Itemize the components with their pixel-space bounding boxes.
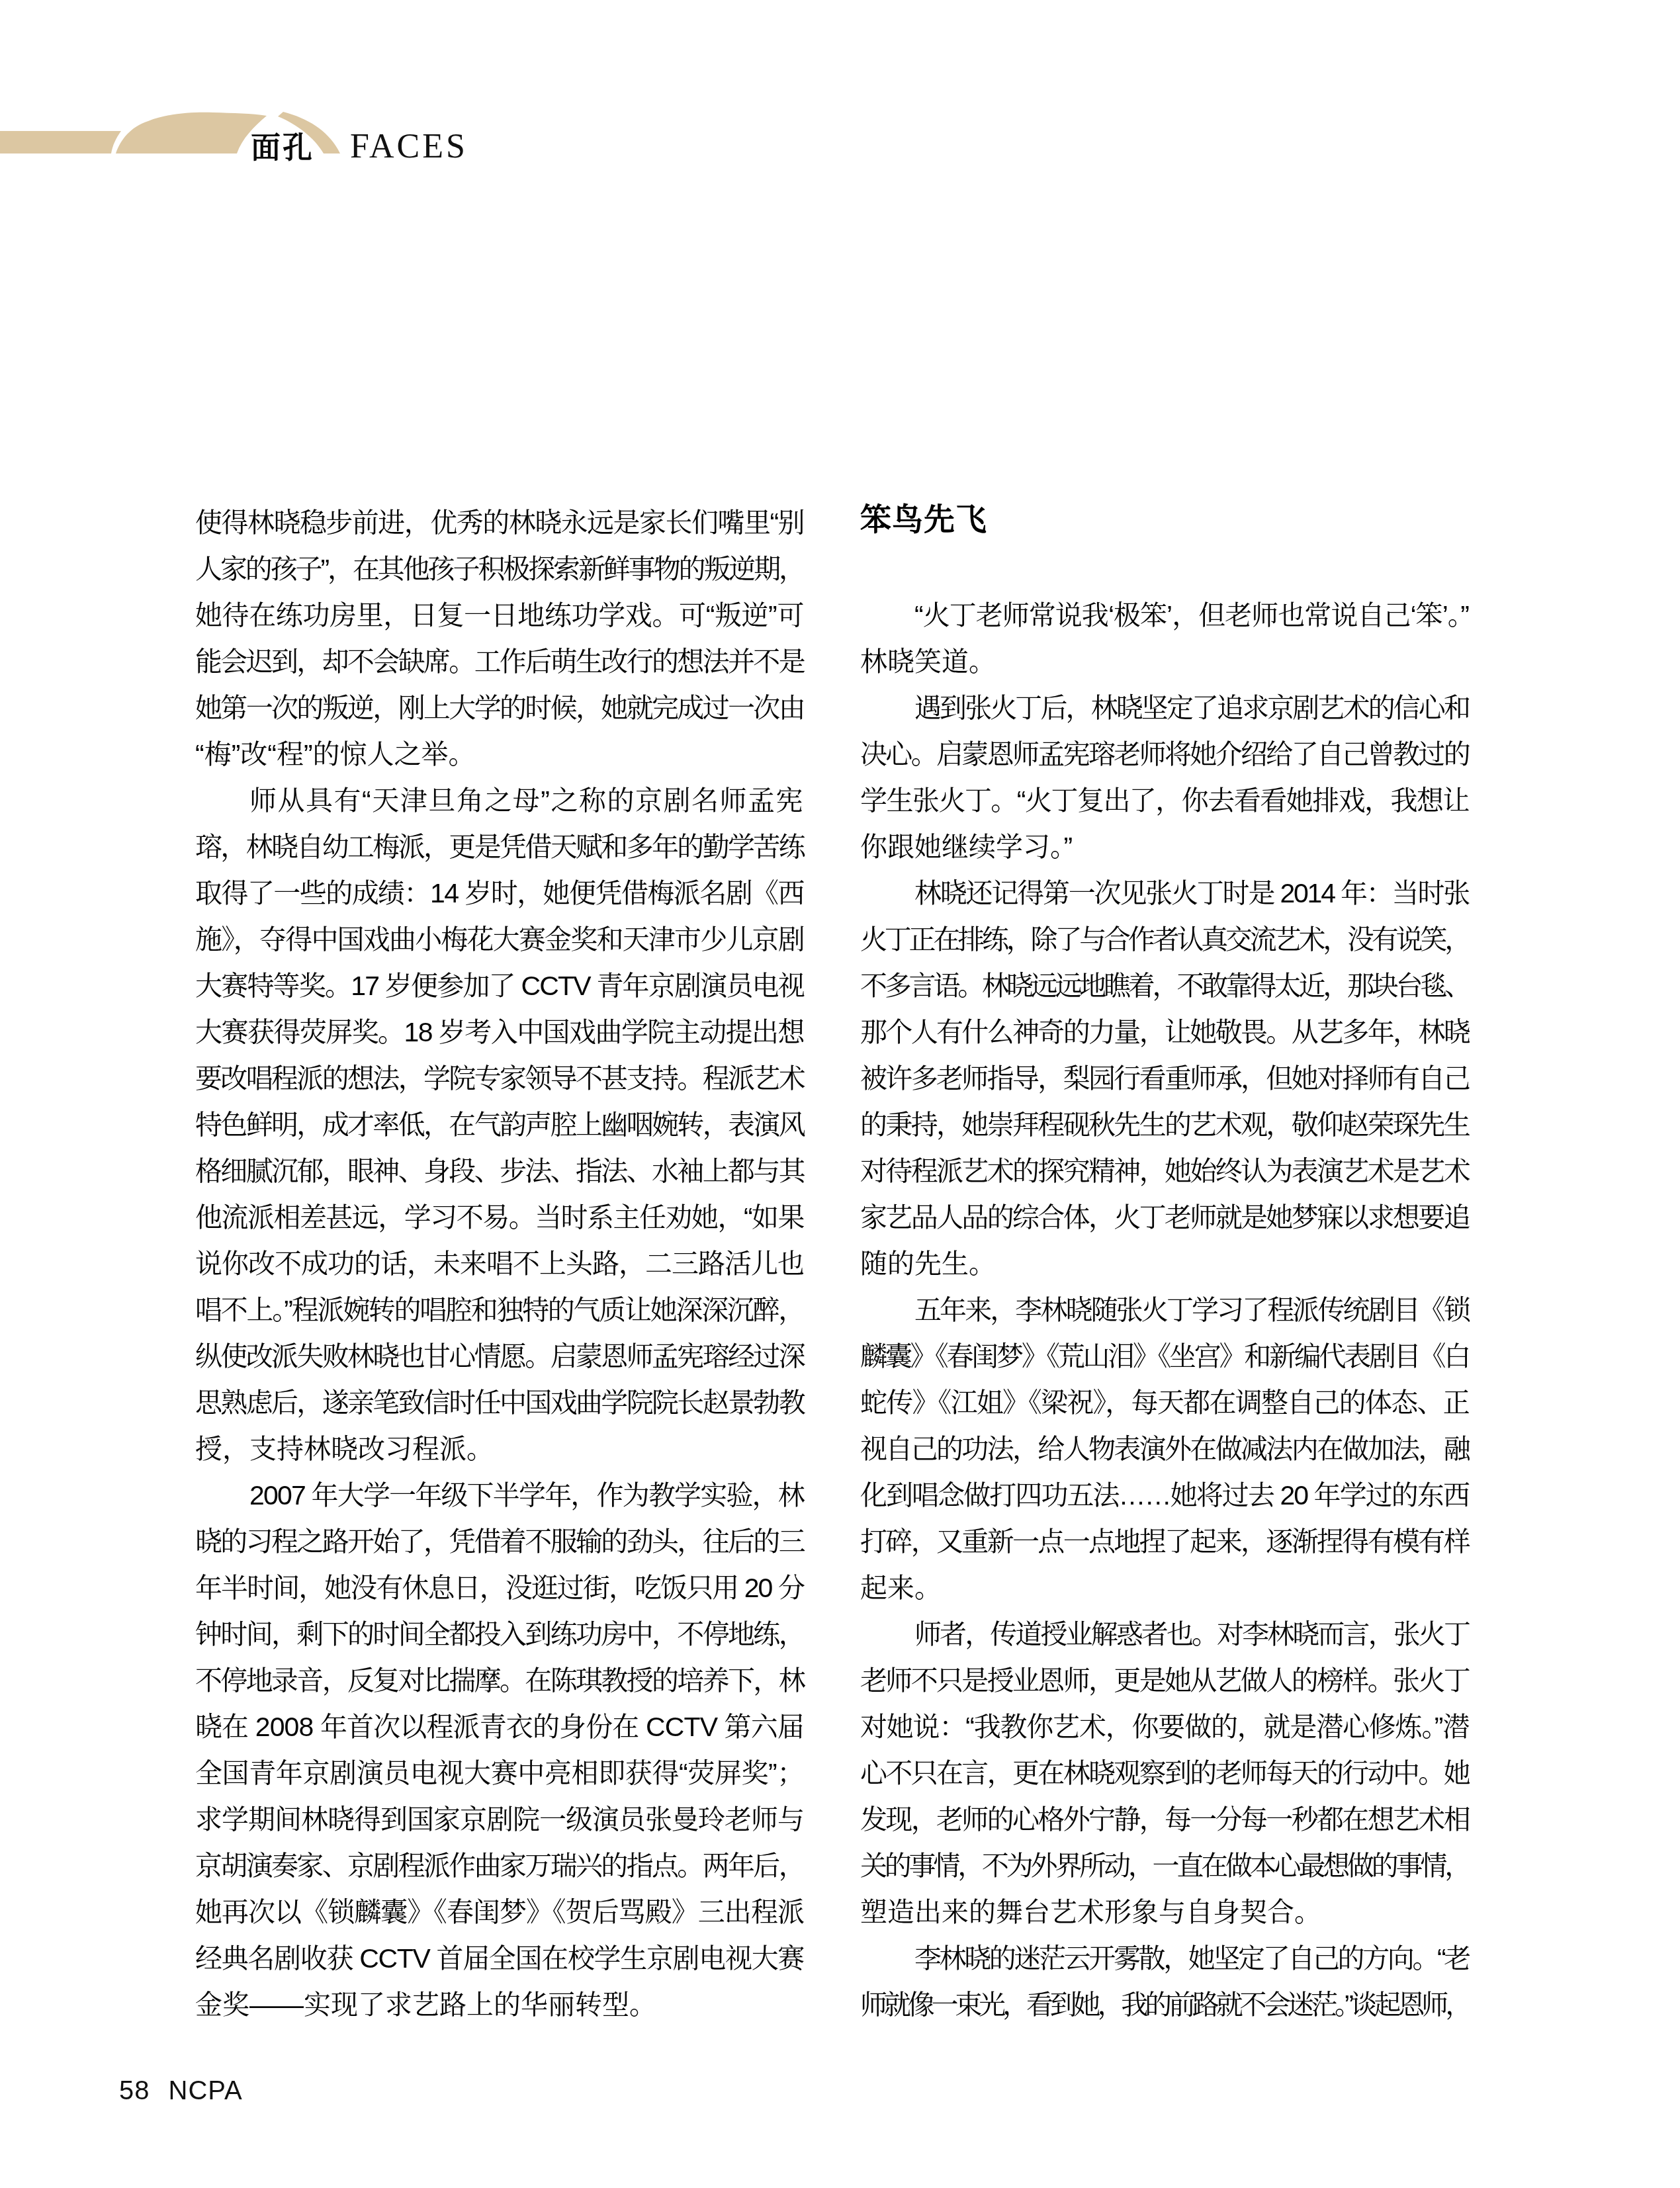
section-title-zh: 面孔 bbox=[251, 132, 314, 165]
text-line: 她再次以《锁麟囊》《春闺梦》《贺后骂殿》三出程派 bbox=[195, 1889, 804, 1935]
text-line-content: 格细腻沉郁，眼神、身段、步法、指法、水袖上都与其 bbox=[195, 1156, 804, 1186]
text-line-content: 纵使改派失败林晓也甘心情愿。启蒙恩师孟宪瑢经过深 bbox=[195, 1341, 804, 1372]
masthead-hill-shape bbox=[116, 112, 267, 153]
text-line: 全国青年京剧演员电视大赛中亮相即获得“荧屏奖”； bbox=[195, 1750, 804, 1796]
masthead-graphic bbox=[0, 0, 516, 198]
text-line: 五年来，李林晓随张火丁学习了程派传统剧目《锁 bbox=[860, 1287, 1469, 1333]
text-line: 她第一次的叛逆，刚上大学的时候，她就完成过一次由 bbox=[195, 685, 804, 731]
text-line: 决心。启蒙恩师孟宪瑢老师将她介绍给了自己曾教过的 bbox=[860, 731, 1469, 777]
text-line-content: 全国青年京剧演员电视大赛中亮相即获得“荧屏奖”； bbox=[195, 1758, 804, 1788]
text-line-content: 说你改不成功的话，未来唱不上头路，二三路活儿也 bbox=[195, 1248, 804, 1279]
text-line: 遇到张火丁后，林晓坚定了追求京剧艺术的信心和 bbox=[860, 685, 1469, 731]
text-line: 他流派相差甚远，学习不易。当时系主任劝她，“如果 bbox=[195, 1194, 804, 1241]
text-line-content: 学生张火丁。“火丁复出了，你去看看她排戏，我想让 bbox=[860, 785, 1469, 816]
text-line-content: 年半时间，她没有休息日，没逛过街，吃饭只用 20 分 bbox=[195, 1573, 804, 1603]
text-line: 晓在 2008 年首次以程派青衣的身份在 CCTV 第六届 bbox=[195, 1704, 804, 1750]
footer-brand: NCPA bbox=[169, 2076, 243, 2106]
text-line: 那个人有什么神奇的力量，让她敬畏。从艺多年，林晓 bbox=[860, 1009, 1469, 1055]
text-line: 师就像一束光，看到她，我的前路就不会迷茫。”谈起恩师， bbox=[860, 1982, 1469, 2028]
text-line: 心不只在言，更在林晓观察到的老师每天的行动中。她 bbox=[860, 1750, 1469, 1796]
text-line-content: 她第一次的叛逆，刚上大学的时候，她就完成过一次由 bbox=[195, 693, 804, 723]
text-line-content: 她待在练功房里，日复一日地练功学戏。可“叛逆”可 bbox=[195, 600, 804, 631]
text-line: 不多言语。林晓远远地瞧着，不敢靠得太近，那块台毯、 bbox=[860, 963, 1469, 1009]
text-line-content: 经典名剧收获 CCTV 首届全国在校学生京剧电视大赛 bbox=[195, 1943, 804, 1974]
text-line: “火丁老师常说我‘极笨’，但老师也常说自己‘笨’。” bbox=[860, 592, 1469, 638]
text-line-content: 关的事情，不为外界所动，一直在做本心最想做的事情， bbox=[860, 1851, 1469, 1881]
text-line-content: 京胡演奏家、京剧程派作曲家万瑞兴的指点。两年后， bbox=[195, 1851, 804, 1881]
text-line-content: 她再次以《锁麟囊》《春闺梦》《贺后骂殿》三出程派 bbox=[195, 1897, 804, 1927]
text-line: 起来。 bbox=[860, 1565, 1469, 1611]
text-line: 她待在练功房里，日复一日地练功学戏。可“叛逆”可 bbox=[195, 592, 804, 638]
text-line: 施》，夺得中国戏曲小梅花大赛金奖和天津市少儿京剧 bbox=[195, 916, 804, 963]
text-line-content: 那个人有什么神奇的力量，让她敬畏。从艺多年，林晓 bbox=[860, 1017, 1469, 1047]
text-line: 李林晓的迷茫云开雾散，她坚定了自己的方向。“老 bbox=[860, 1935, 1469, 1982]
text-line: 金奖——实现了求艺路上的华丽转型。 bbox=[195, 1982, 804, 2028]
text-line: 要改唱程派的想法，学院专家领导不甚支持。程派艺术 bbox=[195, 1055, 804, 1102]
text-line: 晓的习程之路开始了，凭借着不服输的劲头，往后的三 bbox=[195, 1518, 804, 1565]
text-line: 师从具有“天津旦角之母”之称的京剧名师孟宪 bbox=[195, 777, 804, 824]
text-line-content: 能会迟到，却不会缺席。工作后萌生改行的想法并不是 bbox=[195, 646, 804, 677]
text-line: 老师不只是授业恩师，更是她从艺做人的榜样。张火丁 bbox=[860, 1657, 1469, 1704]
text-line-content: 遇到张火丁后，林晓坚定了追求京剧艺术的信心和 bbox=[914, 693, 1469, 723]
text-line: 唱不上。”程派婉转的唱腔和独特的气质让她深深沉醉， bbox=[195, 1287, 804, 1333]
text-line-content: 施》，夺得中国戏曲小梅花大赛金奖和天津市少儿京剧 bbox=[195, 924, 804, 955]
text-line-content: 要改唱程派的想法，学院专家领导不甚支持。程派艺术 bbox=[195, 1063, 804, 1094]
text-line: 打碎，又重新一点一点地捏了起来，逐渐捏得有模有样 bbox=[860, 1518, 1469, 1565]
text-line: 对她说：“我教你艺术，你要做的，就是潜心修炼。”潜 bbox=[860, 1704, 1469, 1750]
text-line: 火丁正在排练，除了与合作者认真交流艺术，没有说笑， bbox=[860, 916, 1469, 963]
page-footer: 58 NCPA bbox=[119, 2076, 243, 2106]
article-column-left: 使得林晓稳步前进，优秀的林晓永远是家长们嘴里“别人家的孩子”，在其他孩子积极探索… bbox=[195, 500, 804, 2028]
text-line: 能会迟到，却不会缺席。工作后萌生改行的想法并不是 bbox=[195, 638, 804, 685]
text-line-content: 发现，老师的心格外宁静，每一分每一秒都在想艺术相 bbox=[860, 1804, 1469, 1835]
text-line-content: 授，支持林晓改习程派。 bbox=[195, 1434, 494, 1464]
text-line-content: 唱不上。”程派婉转的唱腔和独特的气质让她深深沉醉， bbox=[195, 1295, 804, 1325]
masthead-bar-shape bbox=[0, 131, 121, 153]
text-line: 的秉持，她崇拜程砚秋先生的艺术观，敬仰赵荣琛先生 bbox=[860, 1102, 1469, 1148]
text-line: 随的先生。 bbox=[860, 1241, 1469, 1287]
text-line-content: 家艺品人品的综合体，火丁老师就是她梦寐以求想要追 bbox=[860, 1202, 1469, 1233]
article-column-right: 笨鸟先飞“火丁老师常说我‘极笨’，但老师也常说自己‘笨’。”林晓笑道。遇到张火丁… bbox=[860, 500, 1469, 2028]
text-line: 塑造出来的舞台艺术形象与自身契合。 bbox=[860, 1889, 1469, 1935]
text-line-content: 师就像一束光，看到她，我的前路就不会迷茫。”谈起恩师， bbox=[860, 1990, 1469, 2020]
section-title-en: FACES bbox=[350, 130, 468, 164]
text-line-content: “火丁老师常说我‘极笨’，但老师也常说自己‘笨’。” bbox=[914, 600, 1469, 631]
text-line: 视自己的功法，给人物表演外在做减法内在做加法，融 bbox=[860, 1426, 1469, 1472]
text-line-content: 的秉持，她崇拜程砚秋先生的艺术观，敬仰赵荣琛先生 bbox=[860, 1110, 1469, 1140]
text-line: 授，支持林晓改习程派。 bbox=[195, 1426, 804, 1472]
text-line-content: 钟时间，剩下的时间全都投入到练功房中，不停地练， bbox=[195, 1619, 804, 1649]
section-heading: 笨鸟先飞 bbox=[860, 500, 1469, 546]
text-line: 蛇传》《江姐》《梁祝》，每天都在调整自己的体态、正 bbox=[860, 1379, 1469, 1426]
text-line: 被许多老师指导，梨园行看重师承，但她对择师有自己 bbox=[860, 1055, 1469, 1102]
text-line: 瑢，林晓自幼工梅派，更是凭借天赋和多年的勤学苦练 bbox=[195, 824, 804, 870]
text-line: 对待程派艺术的探究精神，她始终认为表演艺术是艺术 bbox=[860, 1148, 1469, 1194]
text-line-content: 你跟她继续学习。” bbox=[860, 832, 1073, 862]
text-line-content: 对待程派艺术的探究精神，她始终认为表演艺术是艺术 bbox=[860, 1156, 1469, 1186]
text-line: 学生张火丁。“火丁复出了，你去看看她排戏，我想让 bbox=[860, 777, 1469, 824]
text-line-content: 林晓笑道。 bbox=[860, 646, 996, 677]
text-line-content: 塑造出来的舞台艺术形象与自身契合。 bbox=[860, 1897, 1321, 1927]
text-line-content: 心不只在言，更在林晓观察到的老师每天的行动中。她 bbox=[860, 1758, 1469, 1788]
text-line-content: 取得了一些的成绩：14 岁时，她便凭借梅派名剧《西 bbox=[195, 878, 804, 908]
text-line-content: 不多言语。林晓远远地瞧着，不敢靠得太近，那块台毯、 bbox=[860, 971, 1469, 1001]
text-line-content: 大赛特等奖。17 岁便参加了 CCTV 青年京剧演员电视 bbox=[195, 971, 804, 1001]
text-line: 京胡演奏家、京剧程派作曲家万瑞兴的指点。两年后， bbox=[195, 1843, 804, 1889]
text-line-content: 化到唱念做打四功五法……她将过去 20 年学过的东西 bbox=[860, 1480, 1469, 1510]
text-line-content: 五年来，李林晓随张火丁学习了程派传统剧目《锁 bbox=[914, 1295, 1469, 1325]
text-line-content: 李林晓的迷茫云开雾散，她坚定了自己的方向。“老 bbox=[914, 1943, 1469, 1974]
text-line: 2007 年大学一年级下半学年，作为教学实验，林 bbox=[195, 1472, 804, 1518]
text-line: 发现，老师的心格外宁静，每一分每一秒都在想艺术相 bbox=[860, 1796, 1469, 1843]
text-line-content: 2007 年大学一年级下半学年，作为教学实验，林 bbox=[249, 1480, 804, 1510]
text-line: 使得林晓稳步前进，优秀的林晓永远是家长们嘴里“别 bbox=[195, 500, 804, 546]
text-line-content: 老师不只是授业恩师，更是她从艺做人的榜样。张火丁 bbox=[860, 1665, 1469, 1696]
text-line: 大赛特等奖。17 岁便参加了 CCTV 青年京剧演员电视 bbox=[195, 963, 804, 1009]
text-line-content: 使得林晓稳步前进，优秀的林晓永远是家长们嘴里“别 bbox=[195, 507, 804, 538]
text-line-content: 瑢，林晓自幼工梅派，更是凭借天赋和多年的勤学苦练 bbox=[195, 832, 804, 862]
text-line-content: 蛇传》《江姐》《梁祝》，每天都在调整自己的体态、正 bbox=[860, 1387, 1469, 1418]
text-line-content: 思熟虑后，遂亲笔致信时任中国戏曲学院院长赵景勃教 bbox=[195, 1387, 804, 1418]
text-line-content: 随的先生。 bbox=[860, 1248, 996, 1279]
text-line-content: 晓在 2008 年首次以程派青衣的身份在 CCTV 第六届 bbox=[195, 1712, 804, 1742]
text-line-content: 师者，传道授业解惑者也。对李林晓而言，张火丁 bbox=[914, 1619, 1469, 1649]
text-line-content: “梅”改“程”的惊人之举。 bbox=[195, 739, 476, 769]
text-line: 年半时间，她没有休息日，没逛过街，吃饭只用 20 分 bbox=[195, 1565, 804, 1611]
text-line: “梅”改“程”的惊人之举。 bbox=[195, 731, 804, 777]
text-line-content: 起来。 bbox=[860, 1573, 942, 1603]
text-line-content: 师从具有“天津旦角之母”之称的京剧名师孟宪 bbox=[249, 785, 804, 816]
text-line-content: 大赛获得荧屏奖。18 岁考入中国戏曲学院主动提出想 bbox=[195, 1017, 804, 1047]
text-line-content: 决心。启蒙恩师孟宪瑢老师将她介绍给了自己曾教过的 bbox=[860, 739, 1469, 769]
text-line-content: 林晓还记得第一次见张火丁时是 2014 年：当时张 bbox=[914, 878, 1469, 908]
text-line-content: 火丁正在排练，除了与合作者认真交流艺术，没有说笑， bbox=[860, 924, 1469, 955]
text-line-content: 求学期间林晓得到国家京剧院一级演员张曼玲老师与 bbox=[195, 1804, 804, 1835]
text-line: 特色鲜明，成才率低，在气韵声腔上幽咽婉转，表演风 bbox=[195, 1102, 804, 1148]
text-line: 纵使改派失败林晓也甘心情愿。启蒙恩师孟宪瑢经过深 bbox=[195, 1333, 804, 1379]
text-line-content: 人家的孩子”，在其他孩子积极探索新鲜事物的叛逆期， bbox=[195, 554, 804, 584]
text-line: 你跟她继续学习。” bbox=[860, 824, 1469, 870]
text-line: 林晓笑道。 bbox=[860, 638, 1469, 685]
text-line: 取得了一些的成绩：14 岁时，她便凭借梅派名剧《西 bbox=[195, 870, 804, 916]
text-line-content: 晓的习程之路开始了，凭借着不服输的劲头，往后的三 bbox=[195, 1526, 804, 1557]
text-line: 经典名剧收获 CCTV 首届全国在校学生京剧电视大赛 bbox=[195, 1935, 804, 1982]
text-line-content: 不停地录音，反复对比揣摩。在陈琪教授的培养下，林 bbox=[195, 1665, 804, 1696]
text-line: 林晓还记得第一次见张火丁时是 2014 年：当时张 bbox=[860, 870, 1469, 916]
text-line: 关的事情，不为外界所动，一直在做本心最想做的事情， bbox=[860, 1843, 1469, 1889]
text-line-content: 特色鲜明，成才率低，在气韵声腔上幽咽婉转，表演风 bbox=[195, 1110, 804, 1140]
text-line: 钟时间，剩下的时间全都投入到练功房中，不停地练， bbox=[195, 1611, 804, 1657]
text-line-content: 被许多老师指导，梨园行看重师承，但她对择师有自己 bbox=[860, 1063, 1469, 1094]
text-line: 大赛获得荧屏奖。18 岁考入中国戏曲学院主动提出想 bbox=[195, 1009, 804, 1055]
text-line: 人家的孩子”，在其他孩子积极探索新鲜事物的叛逆期， bbox=[195, 546, 804, 592]
page-number: 58 bbox=[119, 2076, 150, 2106]
text-line: 家艺品人品的综合体，火丁老师就是她梦寐以求想要追 bbox=[860, 1194, 1469, 1241]
text-line-content: 麟囊》《春闺梦》《荒山泪》《坐宫》和新编代表剧目《白 bbox=[860, 1341, 1469, 1372]
text-line-content: 他流派相差甚远，学习不易。当时系主任劝她，“如果 bbox=[195, 1202, 804, 1233]
text-line: 说你改不成功的话，未来唱不上头路，二三路活儿也 bbox=[195, 1241, 804, 1287]
text-line-content: 视自己的功法，给人物表演外在做减法内在做加法，融 bbox=[860, 1434, 1469, 1464]
text-line-content: 对她说：“我教你艺术，你要做的，就是潜心修炼。”潜 bbox=[860, 1712, 1469, 1742]
text-line: 求学期间林晓得到国家京剧院一级演员张曼玲老师与 bbox=[195, 1796, 804, 1843]
text-line: 格细腻沉郁，眼神、身段、步法、指法、水袖上都与其 bbox=[195, 1148, 804, 1194]
masthead: 面孔 FACES bbox=[0, 0, 529, 212]
text-line: 思熟虑后，遂亲笔致信时任中国戏曲学院院长赵景勃教 bbox=[195, 1379, 804, 1426]
text-line: 麟囊》《春闺梦》《荒山泪》《坐宫》和新编代表剧目《白 bbox=[860, 1333, 1469, 1379]
text-line: 不停地录音，反复对比揣摩。在陈琪教授的培养下，林 bbox=[195, 1657, 804, 1704]
text-line-content: 金奖——实现了求艺路上的华丽转型。 bbox=[195, 1990, 656, 2020]
text-line: 化到唱念做打四功五法……她将过去 20 年学过的东西 bbox=[860, 1472, 1469, 1518]
text-line: 师者，传道授业解惑者也。对李林晓而言，张火丁 bbox=[860, 1611, 1469, 1657]
text-line-content: 打碎，又重新一点一点地捏了起来，逐渐捏得有模有样 bbox=[860, 1526, 1469, 1557]
